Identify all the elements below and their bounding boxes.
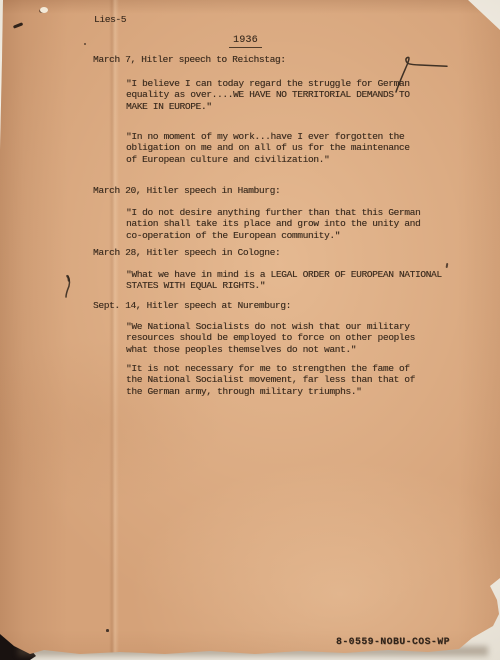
paper-sheet: Lies-5 1936 March 7, Hitler speech to Re… (0, 0, 500, 660)
speech-heading-march-20: March 20, Hitler speech in Hamburg: (93, 185, 280, 196)
footer-reference-code: 8-0559-NOBU-COS-WP (336, 636, 450, 647)
paper-dot-speck (106, 629, 109, 632)
paper-chip-speck (40, 7, 48, 13)
year-title: 1936 (229, 34, 262, 48)
speech-quote: "In no moment of my work...have I ever f… (126, 131, 410, 165)
scanned-document-photo: Lies-5 1936 March 7, Hitler speech to Re… (0, 0, 500, 660)
speech-quote: "We National Socialists do not wish that… (126, 321, 415, 355)
paper-dot-speck (84, 43, 86, 45)
margin-tick-icon (60, 274, 76, 300)
speech-quote: "What we have in mind is a LEGAL ORDER O… (126, 269, 442, 292)
page-label: Lies-5 (94, 14, 126, 25)
stray-ink-mark (446, 263, 448, 268)
speech-heading-march-28: March 28, Hitler speech in Cologne: (93, 247, 280, 258)
speech-quote: "I believe I can today regard the strugg… (126, 78, 410, 112)
speech-heading-sept-14: Sept. 14, Hitler speech at Nuremburg: (93, 300, 291, 311)
speech-heading-march-7: March 7, Hitler speech to Reichstag: (93, 54, 286, 65)
handwritten-pen-mark-icon (386, 54, 456, 98)
speech-quote: "I do not desire anything further than t… (126, 207, 420, 241)
ink-speck (13, 22, 23, 28)
year-title-text: 1936 (229, 35, 262, 48)
speech-quote: "It is not necessary for me to strengthe… (126, 363, 415, 397)
